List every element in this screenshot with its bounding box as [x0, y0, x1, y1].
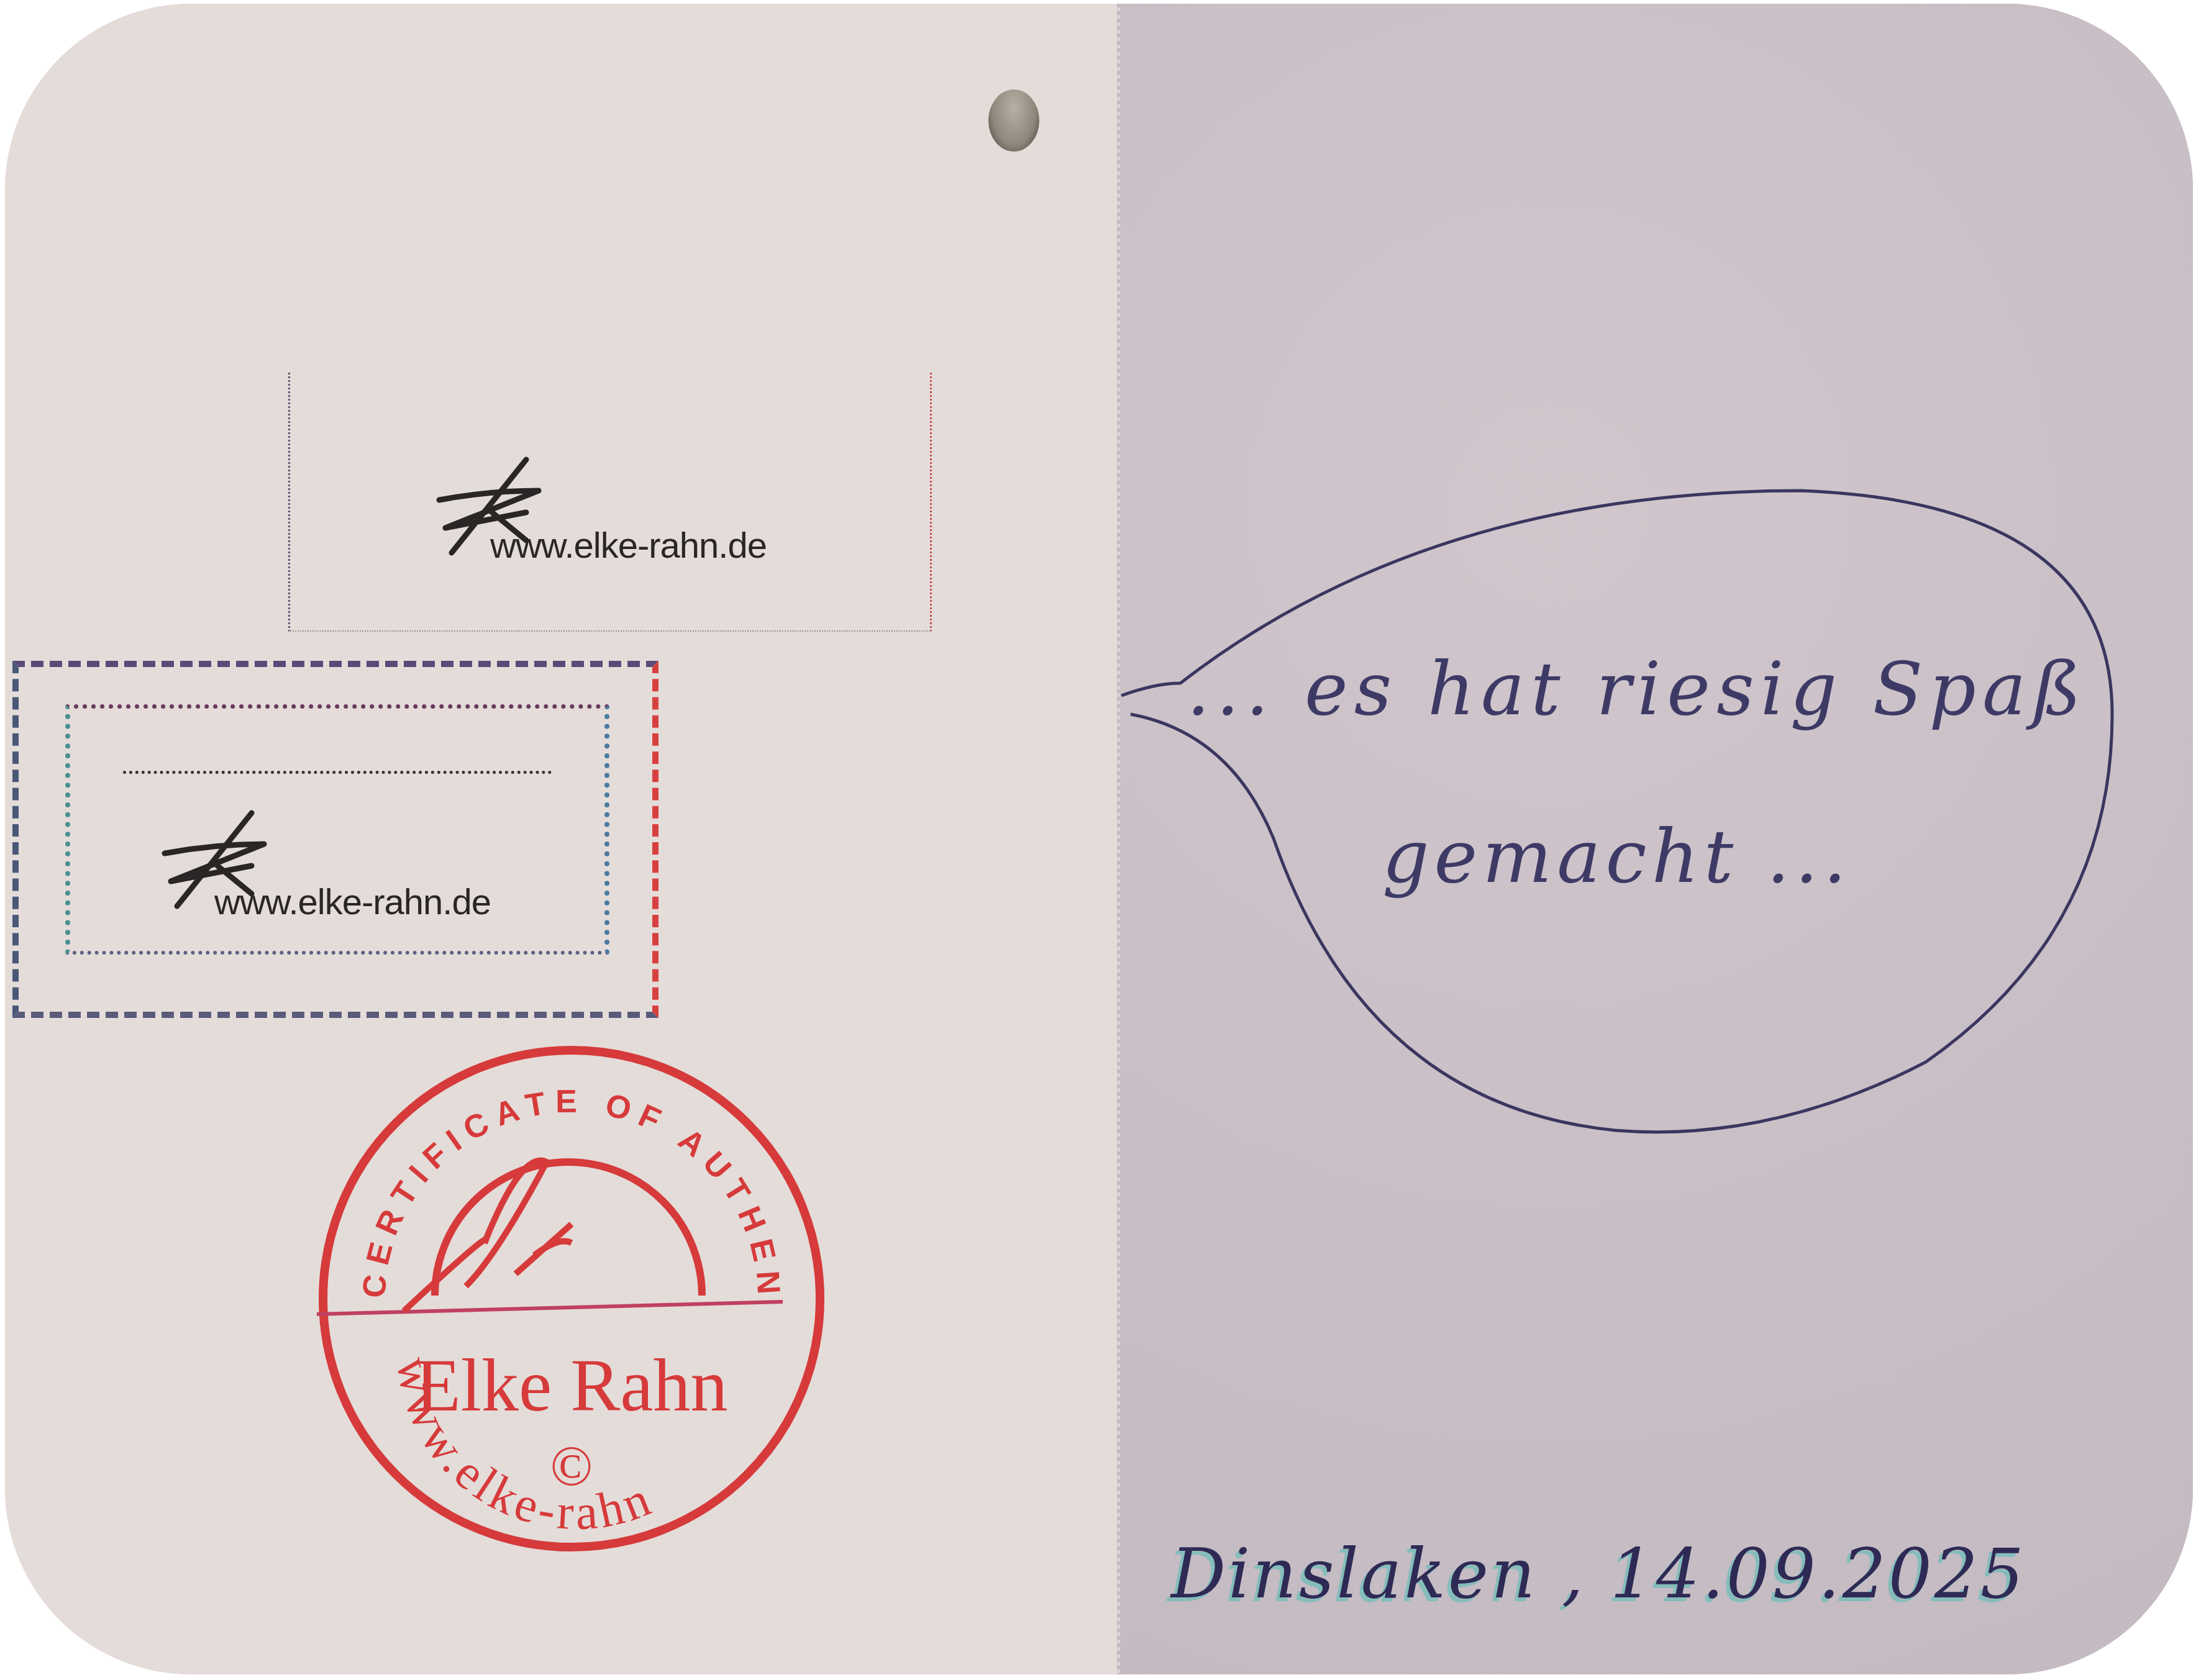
punch-hole-left — [988, 89, 1039, 152]
left-page: www.elke-rahn.de www.elke-rahn.de CERTIF… — [5, 4, 1120, 1674]
stamp-url: www.elke-rahn.de — [214, 881, 491, 923]
stamp-faded-text — [123, 771, 552, 779]
stamp-url: www.elke-rahn.de — [490, 525, 767, 566]
artist-stamp-2: www.elke-rahn.de — [12, 661, 658, 1018]
svg-text:CERTIFICATE OF AUTHENTICITY: CERTIFICATE OF AUTHENTICITY — [311, 1038, 787, 1304]
booklet-scan: www.elke-rahn.de www.elke-rahn.de CERTIF… — [5, 4, 2193, 1674]
speech-bubble-line-1: ... es hat riesig Spaß — [1187, 646, 2087, 732]
artist-stamp-1: www.elke-rahn.de — [288, 373, 932, 632]
seal-arc-text: CERTIFICATE OF AUTHENTICITY — [311, 1038, 787, 1304]
certificate-seal: CERTIFICATE OF AUTHENTICITY Elke Rahn © … — [311, 1038, 832, 1560]
speech-bubble-line-2: gemacht ... — [1382, 814, 1851, 899]
seal-name: Elke Rahn — [415, 1344, 727, 1427]
place-and-date: Dinslaken , 14.09.2025 — [1171, 1534, 2026, 1614]
